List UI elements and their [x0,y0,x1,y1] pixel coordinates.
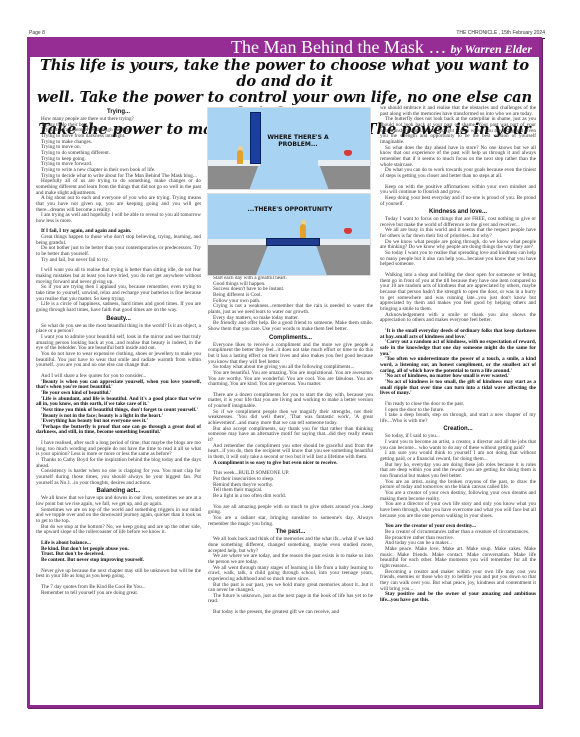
paragraph: So what does the day ahead have in store… [380,146,536,169]
publication-date: THE CHRONICLE , 15th February 2024 [456,30,545,36]
paragraph: So if we compliment people then we magni… [208,410,373,427]
person-icon [237,150,243,164]
paragraph: You do not have to wear expensive clothi… [36,352,201,369]
cliff-right-icon [316,245,370,275]
paragraph: But do we stop at the bottom? No, we kee… [36,525,201,536]
block-bridge-icon [266,238,320,246]
column-3: we should embrace it and realise that th… [380,106,536,604]
person-icon [300,224,306,238]
column-1: Trying... How many people are there out … [36,107,201,596]
paragraph: We all went through many stages of learn… [208,566,373,583]
snow-icon [316,239,370,245]
paragraph: We all know that we have ups and downs i… [36,496,201,507]
article-title: The Man Behind the Mask … [231,37,446,57]
paragraph: Life is a circle of happiness, sadness, … [36,302,201,313]
heart-gem-icon [344,228,352,234]
section-heading-trying: Trying... [36,109,201,116]
cartoon-caption-top: WHERE THERE'S A PROBLEM... [266,134,330,148]
paragraph: There are a dozen compliments for you to… [208,393,373,410]
subtitle-line: This life is yours, take the power to ch… [30,58,539,90]
paragraph: Sometimes we are on top of the world and… [36,508,201,525]
quote: 'Too often we underestimate the power of… [380,357,536,374]
section-heading-balancing: Balancing act... [36,488,201,495]
section-heading-compliments: Compliments... [208,335,373,342]
heart-gem-icon [344,150,352,156]
snow-icon [208,239,268,245]
paragraph: Do what you can do to work towards your … [380,168,536,179]
paragraph: Becoming a creator and maker within your… [380,570,536,593]
page-number: Page 8 [29,30,45,36]
column-2: WHERE THERE'S A PROBLEM... ...THERE'S OP… [208,107,373,616]
article-banner: The Man Behind the Mask …by Warren Elder [30,37,539,57]
snow-icon [318,160,370,166]
paragraph: We are where we are today, and the reaso… [208,554,373,565]
quote: 'No act of kindness is too small, the gi… [380,380,536,397]
cliff-left-icon [208,245,268,275]
block-tower-icon [250,112,261,164]
paragraph: So if you are trying then I applaud you,… [36,285,201,302]
paragraph: Hopefully all of us are trying to do som… [36,179,201,196]
paragraph: I have realised, after such a long perio… [36,441,201,458]
section-heading-beauty: Beauty... [36,316,201,323]
paragraph: I take a deep breath, step on through, a… [380,413,536,424]
paragraph: You are beautiful. You are amazing. You … [208,371,373,388]
closing-statement: Stay positive and be the owner of your a… [380,592,536,603]
paragraph: I will want you all to realise that tryi… [36,268,201,285]
paragraph: Make peace. Make love. Make art. Make so… [380,547,536,570]
article-byline: by Warren Elder [450,42,532,56]
paragraph: Everyone likes to receive a compliment a… [208,343,373,366]
cartoon-caption-bottom: ...THERE'S OPPORTUNITY [238,206,342,213]
paragraph: Remember to tell yourself you are doing … [36,591,201,597]
paragraph: Be friendly and offer help. Be a good fr… [208,321,373,332]
paragraph: The future is unknown, just as the next … [208,594,373,605]
paragraph: I want you to admire your beautiful self… [36,335,201,352]
paragraph: You are a director of your own life stor… [380,502,536,519]
paragraph: A big shout out to each and everyone of … [36,196,201,213]
quote: 'Carry out a random act of kindness, wit… [380,340,536,357]
paragraph: So today I want you to realise that spre… [380,251,536,268]
paragraph: Crying is not a weakness...remember that… [208,304,373,315]
paragraph: Acknowledgement with a smile or thank yo… [380,313,536,324]
cartoon-panel-problem: WHERE THERE'S A PROBLEM... [207,107,371,190]
paragraph: But today is the present, the greatest g… [208,610,373,616]
paragraph: We all look back and think of the memori… [208,537,373,554]
cartoon-panel-opportunity: ...THERE'S OPPORTUNITY [207,193,371,276]
paragraph: But also accept compliments, say thank y… [208,427,373,444]
paragraph: Never give up because the next chapter m… [36,569,201,580]
paragraph: Walking into a shop and holding the door… [380,273,536,313]
paragraph: You are a radiant star, bringing sunshin… [208,516,373,527]
article-frame: The Man Behind the Mask …by Warren Elder… [27,37,542,708]
paragraph: I am trying as well and hopefully I will… [36,213,201,224]
cartoon-illustration: WHERE THERE'S A PROBLEM... ...THERE'S OP… [207,107,371,273]
paragraph: But hey ho, everyday you are doing these… [380,463,536,480]
paragraph: Consistency is harder when no one is cla… [36,469,201,486]
paragraph: The butterfly does not look back at the … [380,117,536,145]
paragraph: Keep doing your best everyday and if no-… [380,196,536,207]
paragraph: And remember the compliment you utter sh… [208,444,373,461]
quote: 'Perhaps the butterfly is proof that one… [36,425,201,436]
